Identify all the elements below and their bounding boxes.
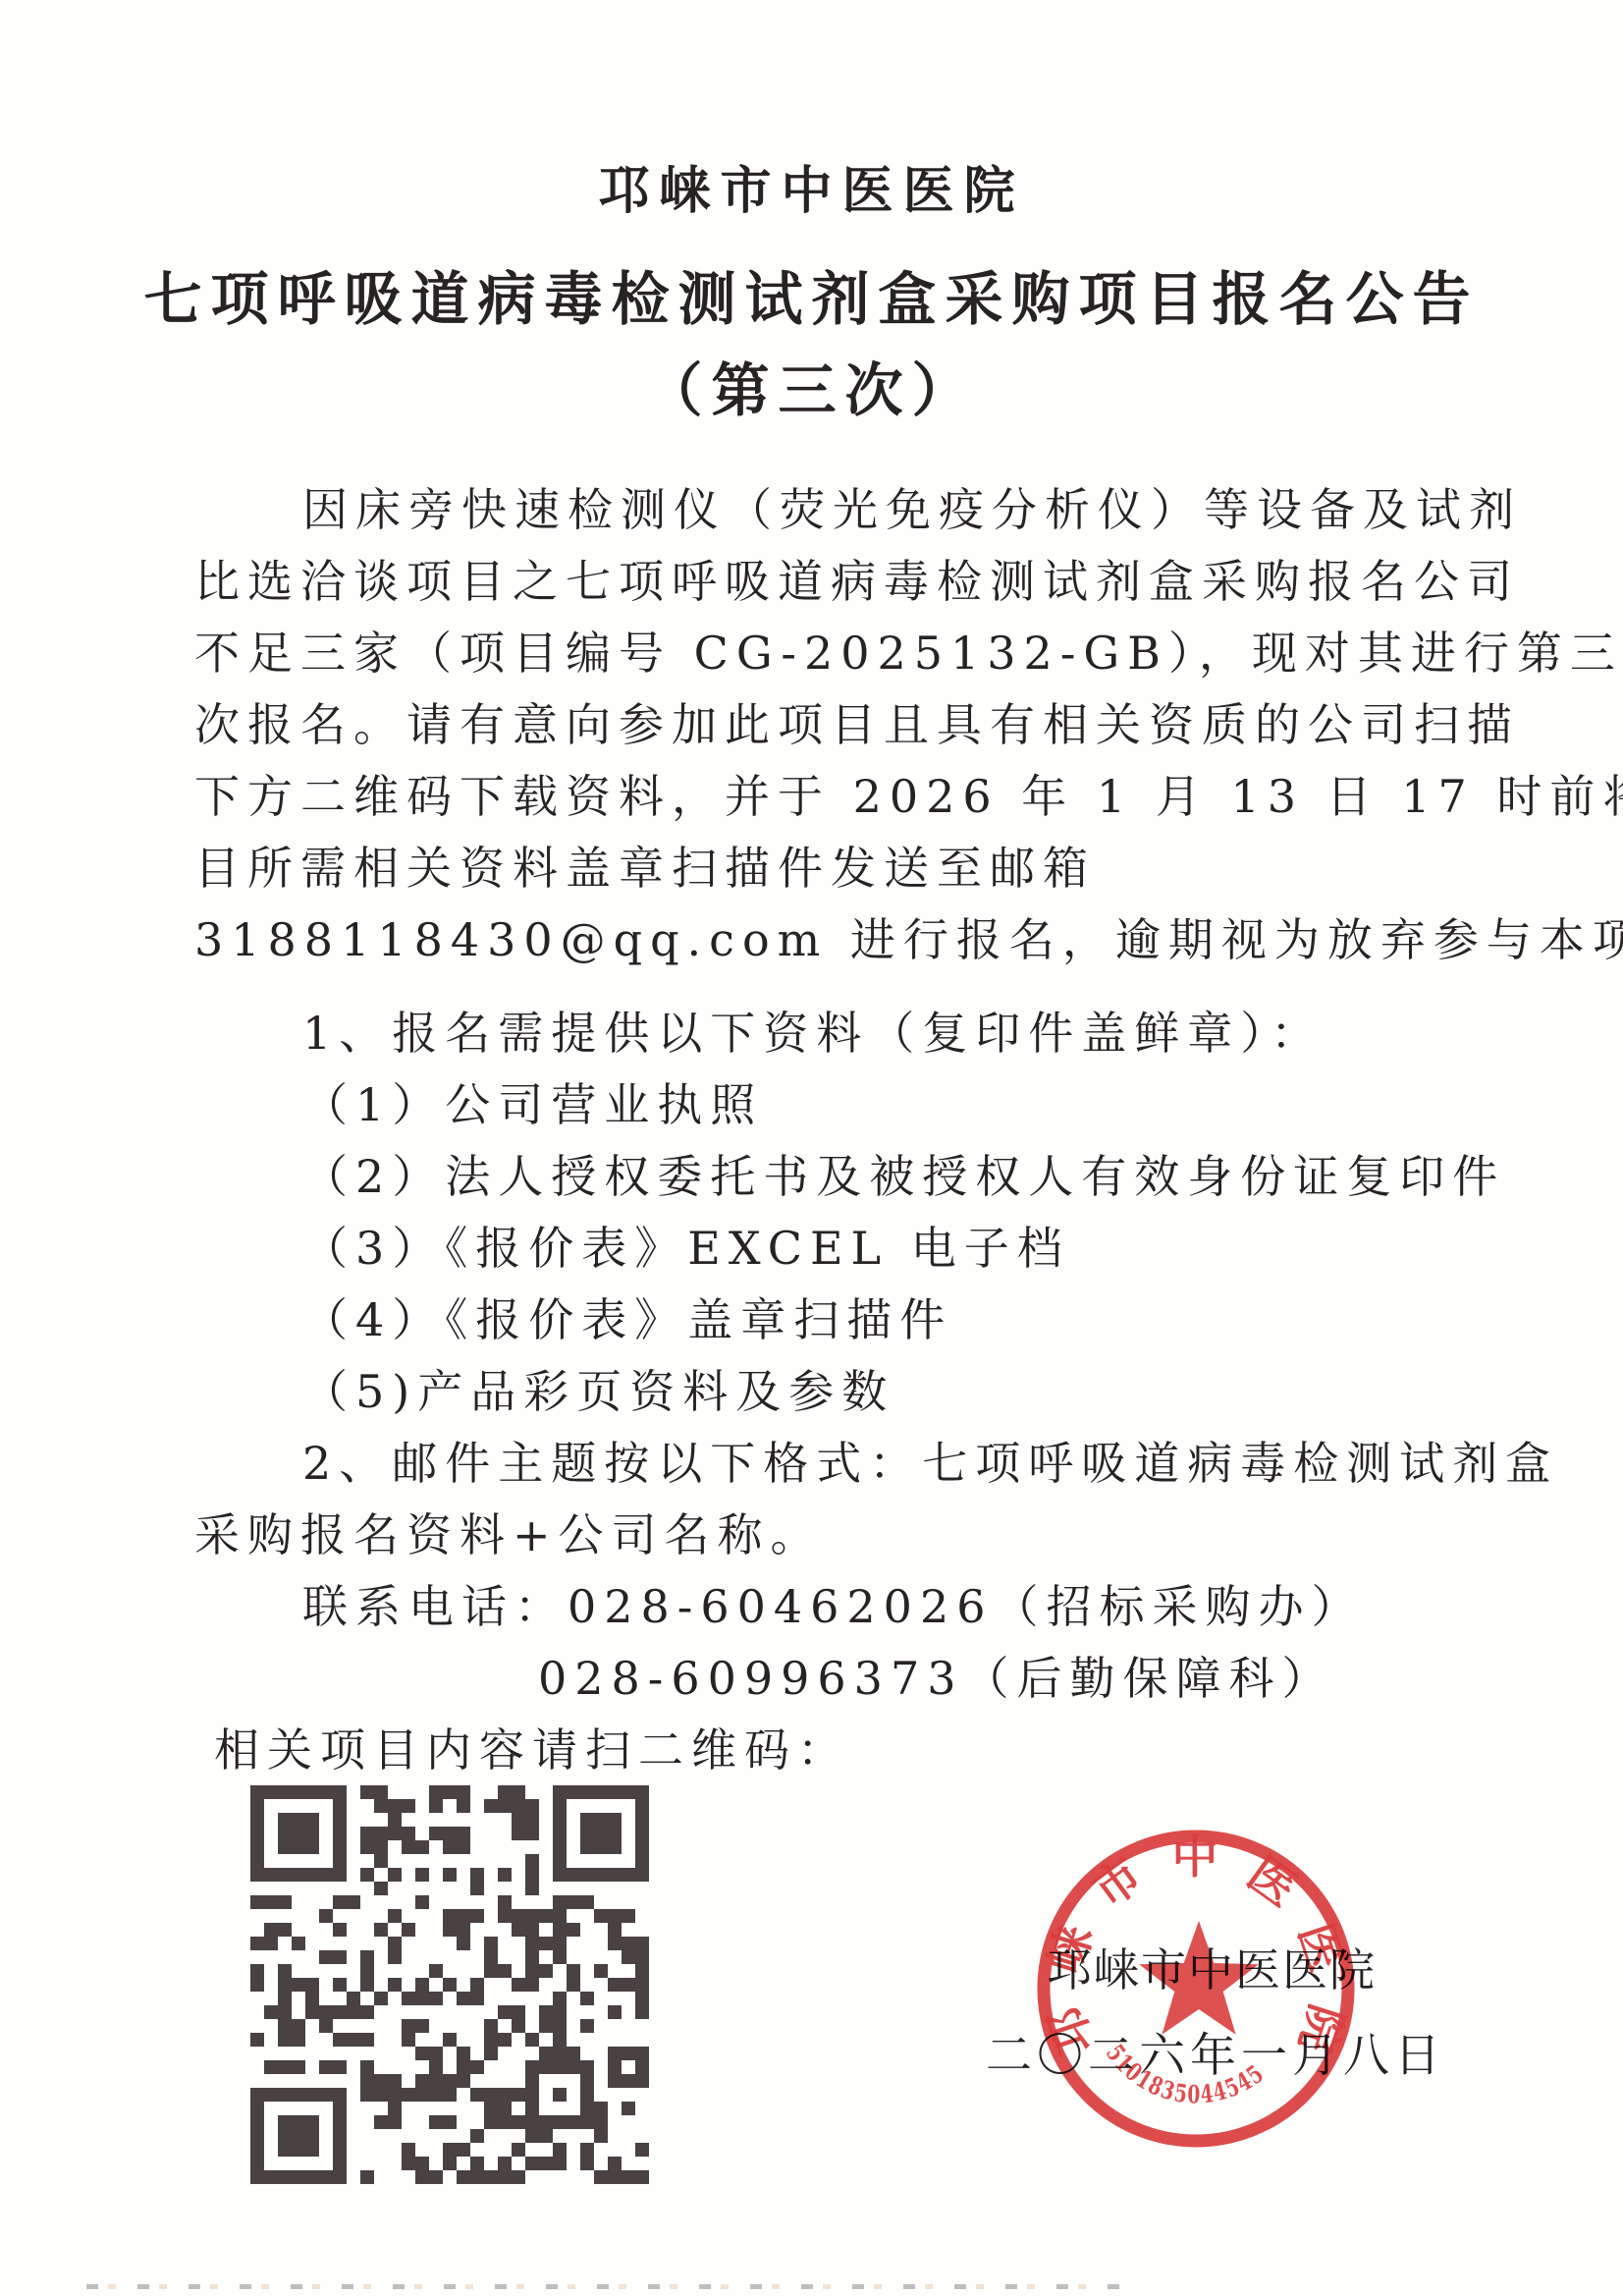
scan-artifact-line [86, 2284, 1125, 2289]
body-line: 下方二维码下载资料，并于 2026 年 1 月 13 日 17 时前将项 [194, 761, 1486, 833]
body-line: （4）《报价表》盖章扫描件 [194, 1285, 1486, 1356]
body-line-phone-2: 028-60996373（后勤保障科） [194, 1643, 1486, 1715]
body-line: 2、邮件主题按以下格式：七项呼吸道病毒检测试剂盒 [194, 1428, 1486, 1500]
body-line: 目所需相关资料盖章扫描件发送至邮箱 [194, 833, 1486, 904]
official-seal: 邛崃市中医医院 5101835044545 [1019, 1817, 1373, 2170]
body-line: 因床旁快速检测仪（荧光免疫分析仪）等设备及试剂 [194, 474, 1486, 546]
qr-caption: 相关项目内容请扫二维码： [194, 1715, 1486, 1786]
body-line: （2）法人授权委托书及被授权人有效身份证复印件 [194, 1141, 1486, 1213]
body-line: 次报名。请有意向参加此项目且具有相关资质的公司扫描 [194, 689, 1486, 761]
announcement-subtitle: （第三次） [0, 344, 1623, 427]
qr-code [250, 1785, 649, 2184]
body-line: 比选洽谈项目之七项呼吸道病毒检测试剂盒采购报名公司 [194, 546, 1486, 618]
body-line: （1）公司营业执照 [194, 1069, 1486, 1141]
body-line: 1、报名需提供以下资料（复印件盖鲜章）： [194, 998, 1486, 1069]
svg-text:5101835044545: 5101835044545 [1101, 2040, 1270, 2109]
seal-serial-number: 5101835044545 [1101, 2040, 1270, 2109]
star-icon [1139, 1921, 1259, 2035]
hospital-name: 邛崃市中医医院 [0, 0, 1623, 223]
body-line: 采购报名资料+公司名称。 [194, 1500, 1486, 1571]
body-line-phone-1: 联系电话：028-60462026（招标采购办） [194, 1571, 1486, 1643]
body-line: （3）《报价表》EXCEL 电子档 [194, 1213, 1486, 1285]
announcement-title: 七项呼吸道病毒检测试剂盒采购项目报名公告 [0, 252, 1623, 336]
body-line: 3188118430@qq.com 进行报名，逾期视为放弃参与本项目。 [194, 904, 1486, 976]
body-line: 不足三家（项目编号 CG-2025132-GB），现对其进行第三 [194, 618, 1486, 689]
scanned-document-page: 邛崃市中医医院 七项呼吸道病毒检测试剂盒采购项目报名公告 （第三次） 因床旁快速… [0, 0, 1623, 2296]
body-line: （5)产品彩页资料及参数 [194, 1356, 1486, 1428]
announcement-body: 因床旁快速检测仪（荧光免疫分析仪）等设备及试剂 比选洽谈项目之七项呼吸道病毒检测… [194, 474, 1486, 1786]
